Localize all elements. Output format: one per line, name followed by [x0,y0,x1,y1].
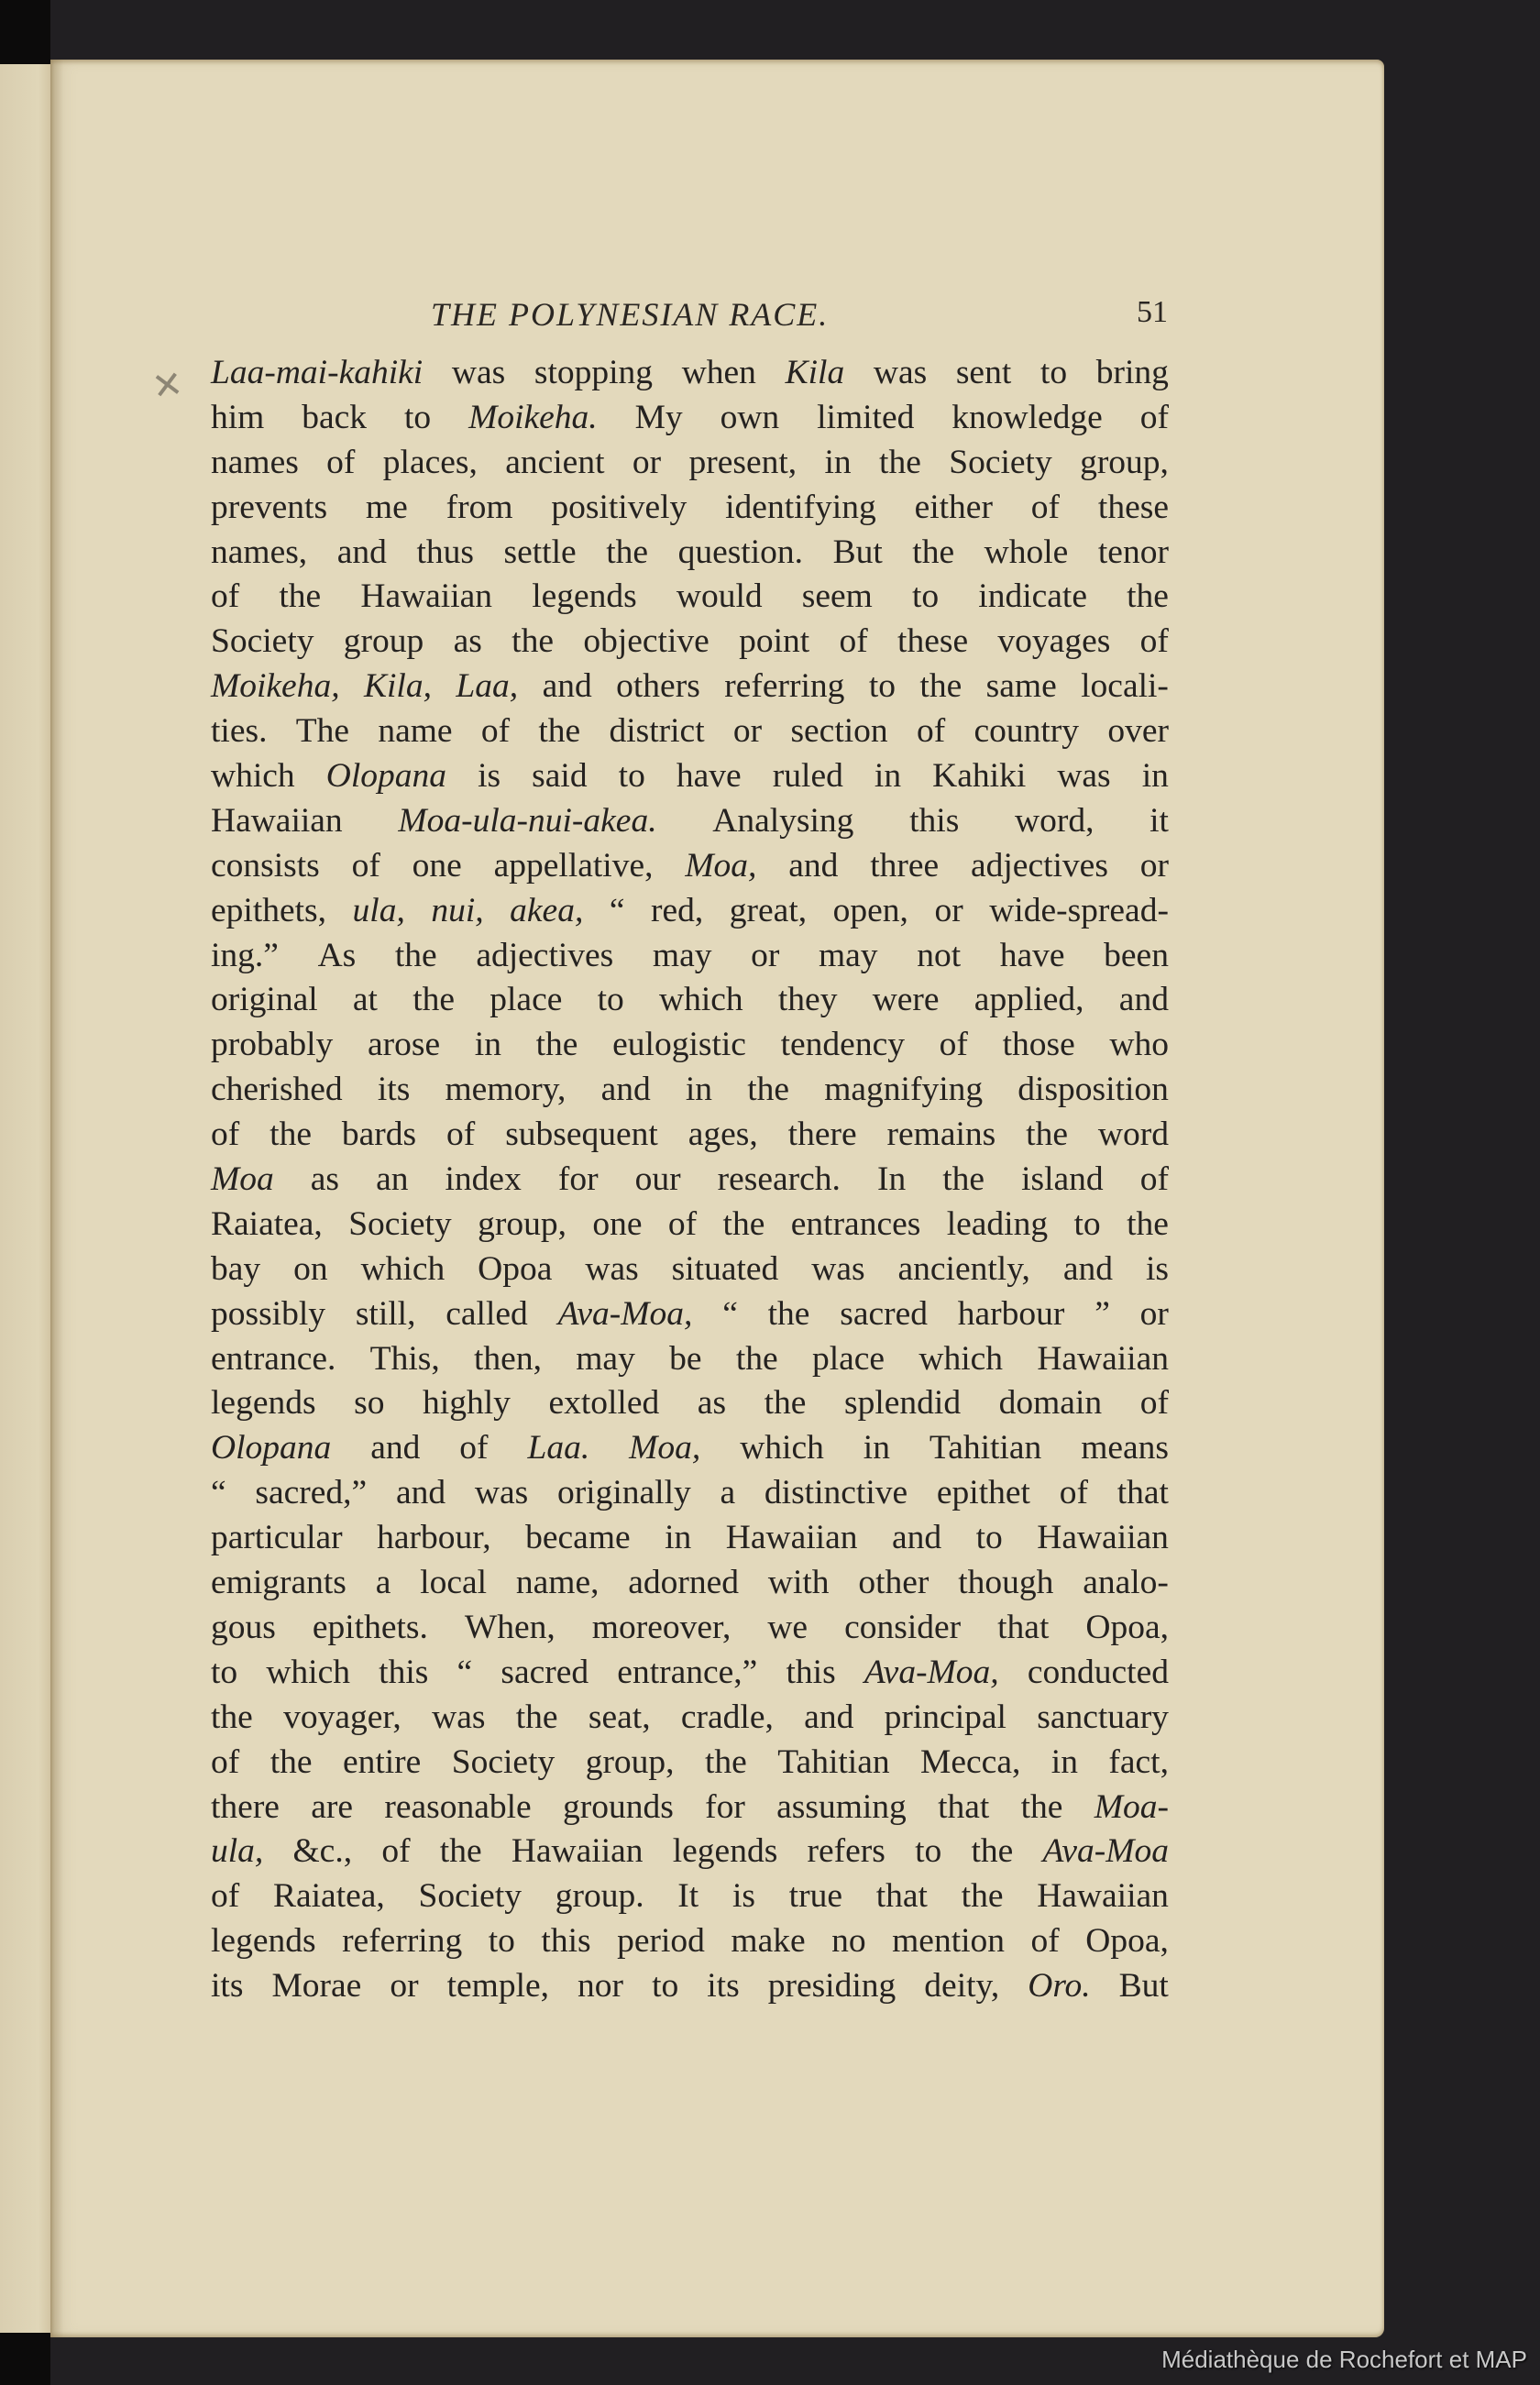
word: Opoa [478,1247,552,1292]
text-line: gousepithets.When,moreover,weconsidertha… [211,1606,1169,1651]
word: be [669,1337,701,1382]
word: sent [956,351,1011,396]
word: When, [465,1606,555,1651]
word: akea, [510,889,583,934]
word: But [1119,1964,1169,2009]
word: the [1026,1113,1068,1158]
word: is [732,1874,755,1919]
word: been [1104,934,1169,979]
word: research. [718,1158,841,1203]
text-line: OlopanaandofLaa.Moa,whichinTahitianmeans [211,1426,1169,1471]
word: word, [1015,799,1094,844]
word: magnifying [824,1068,983,1113]
word: its [211,1964,243,2009]
word: consists [211,844,320,889]
word: originally [557,1471,691,1516]
word: with [768,1561,830,1606]
watermark: Médiathèque de Rochefort et MAP [1161,2346,1527,2374]
word: or [390,1964,418,2009]
word: as [698,1381,726,1426]
word: Moikeha. [468,396,598,441]
word: this [909,799,959,844]
word: of [940,1023,968,1068]
word: was [811,1247,864,1292]
word: probably [211,1023,333,1068]
word: or [733,709,762,754]
word: of [1031,486,1060,531]
word: great, [730,889,807,934]
word: reasonable [384,1786,531,1830]
word: principal [885,1696,1006,1741]
word: adorned [628,1561,739,1606]
word: voyages [997,620,1110,665]
word: Tahitian [929,1426,1041,1471]
word: Ava-Moa [1043,1830,1169,1874]
word: or [934,889,962,934]
word: adjectives [971,844,1108,889]
word: the [971,1830,1013,1874]
word: and [892,1516,941,1561]
word: or [632,441,661,486]
word: sacred [840,1292,928,1337]
text-line: epithets,ula,nui,akea,“red,great,open,or… [211,889,1169,934]
text-line: ofRaiatea,Societygroup.ItistruethattheHa… [211,1874,1169,1919]
word: Raiatea, [211,1203,323,1247]
word: became [525,1516,631,1561]
word: moreover, [592,1606,731,1651]
word: Raiatea, [273,1874,385,1919]
word: was [452,351,505,396]
word: nui, [431,889,483,934]
word: others [616,665,700,709]
word: group. [555,1874,644,1919]
word: ages, [688,1113,758,1158]
word: to [1040,351,1067,396]
word: one [412,844,462,889]
word: to [976,1516,1003,1561]
word: him [211,396,264,441]
word: island [1021,1158,1104,1203]
word: domain [999,1381,1102,1426]
text-line: entrance.This,then,maybetheplacewhichHaw… [211,1337,1169,1382]
word: the [606,531,648,576]
word: local [420,1561,487,1606]
word: presiding [768,1964,896,2009]
word: not [917,934,961,979]
word: the [747,1068,789,1113]
word: of [1060,1471,1088,1516]
word: and [1119,978,1169,1023]
word: the [511,620,554,665]
word: to [211,1651,237,1696]
word: true [789,1874,842,1919]
text-line: namesofplaces,ancientorpresent,intheSoci… [211,441,1169,486]
word: a [720,1471,736,1516]
text-line: possiblystill,calledAva-Moa,“thesacredha… [211,1292,1169,1337]
word: Kila, [364,665,432,709]
word: which [740,1426,824,1471]
word: its [378,1068,410,1113]
word: is [1146,1247,1169,1292]
text-line: himbacktoMoikeha.Myownlimitedknowledgeof [211,396,1169,441]
word: which [266,1651,350,1696]
word: whole [984,531,1069,576]
word: was [585,1247,638,1292]
word: names [211,441,299,486]
word: index [445,1158,522,1203]
text-line: whichOlopanaissaidtohaveruledinKahikiwas… [211,754,1169,799]
word: Society [452,1741,555,1786]
word: seem [802,575,873,620]
word: of [1140,1158,1169,1203]
word: names, [211,531,307,576]
word: gous [211,1606,276,1651]
word: In [877,1158,906,1203]
word: to [489,1919,515,1964]
word: no [831,1919,866,1964]
word: was [432,1696,485,1741]
word: the [1021,1786,1063,1830]
word: there [211,1786,280,1830]
word: tendency [781,1023,905,1068]
word: that [1117,1471,1169,1516]
text-line: oftheHawaiianlegendswouldseemtoindicatet… [211,575,1169,620]
word: distinctive [764,1471,907,1516]
word: seat, [588,1696,651,1741]
word: either [915,486,993,531]
word: legends [211,1381,316,1426]
word: Oro. [1028,1964,1090,2009]
word: of [668,1203,697,1247]
word: from [446,486,513,531]
word: place [489,978,562,1023]
word: of [352,844,380,889]
word: conducted [1028,1651,1169,1696]
word: of [381,1830,410,1874]
text-line: ties.Thenameofthedistrictorsectionofcoun… [211,709,1169,754]
word: the [736,1337,778,1382]
word: which [659,978,743,1023]
word: there [788,1113,857,1158]
word: harbour [958,1292,1065,1337]
word: for [705,1786,745,1830]
word: of [459,1426,488,1471]
word: to [404,396,431,441]
word: arose [368,1023,440,1068]
text-line: towhichthis“sacredentrance,”thisAva-Moa,… [211,1651,1169,1696]
word: places, [383,441,478,486]
word: subsequent [505,1113,658,1158]
word: same [986,665,1057,709]
word: other [858,1561,929,1606]
word: refers [808,1830,885,1874]
text-line: Moikeha,Kila,Laa,andothersreferringtothe… [211,665,1169,709]
word: the [723,1203,765,1247]
text-line: Moaasanindexforourresearch.Intheislandof [211,1158,1169,1203]
word: of [1031,1919,1060,1964]
word: the [919,665,962,709]
word: stopping [534,351,653,396]
word: me [366,486,408,531]
word: Laa. [527,1426,589,1471]
word: eulogistic [612,1023,746,1068]
word: knowledge [951,396,1103,441]
word: disposition [1017,1068,1169,1113]
word: the [912,531,954,576]
word: the [211,1696,253,1741]
word: Kila [786,351,845,396]
word: the [705,1741,747,1786]
word: an [376,1158,408,1203]
word: though [958,1561,1053,1606]
word: objective [583,620,709,665]
word: of [481,709,510,754]
word: country [973,709,1079,754]
word: still, [356,1292,416,1337]
word: section [790,709,887,754]
text-line: cherisheditsmemory,andinthemagnifyingdis… [211,1068,1169,1113]
word: or [1140,1292,1169,1337]
word: we [767,1606,808,1651]
word: grounds [563,1786,674,1830]
word: appellative, [494,844,654,889]
word: in [686,1068,712,1113]
word: “ [211,1471,226,1516]
word: in [874,754,901,799]
word: was [1057,754,1110,799]
page-number: 51 [1137,295,1168,330]
word: sanctuary [1037,1696,1169,1741]
word: in [1142,754,1169,799]
word: open, [833,889,908,934]
word: But [833,531,883,576]
word: of [211,575,239,620]
word: epithets, [211,889,326,934]
word: the [536,1023,578,1068]
word: Hawaiian [360,575,492,620]
word: Hawaiian [726,1516,858,1561]
word: of [211,1874,239,1919]
word: of [917,709,945,754]
word: ula, [353,889,405,934]
word: group, [1080,441,1169,486]
word: epithet [937,1471,1030,1516]
word: Hawaiian [211,799,343,844]
word: were [873,978,940,1023]
word: Moikeha, [211,665,340,709]
word: temple, [447,1964,549,2009]
word: referring [342,1919,462,1964]
word: may [819,934,878,979]
word: to [915,1830,941,1874]
word: situated [672,1247,779,1292]
word: Hawaiian [1037,1516,1169,1561]
word: our [635,1158,681,1203]
word: who [1109,1023,1169,1068]
word: Moa, [685,844,756,889]
word: that [876,1874,928,1919]
gutter-shadow [50,60,63,2337]
word: may [653,934,712,979]
word: epithets. [313,1606,428,1651]
word: to [619,754,645,799]
text-line: legendssohighlyextolledasthesplendiddoma… [211,1381,1169,1426]
word: word [1098,1113,1169,1158]
word: to [652,1964,678,2009]
word: have [676,754,742,799]
word: the [1127,575,1169,620]
word: the [1127,1203,1169,1247]
word: they [778,978,838,1023]
word: legends [673,1830,778,1874]
word: the [270,1741,313,1786]
word: the [412,978,455,1023]
word: of [1140,1381,1169,1426]
word: original [211,978,318,1023]
word: called [445,1292,528,1337]
word: entire [343,1741,421,1786]
word: Analysing [712,799,853,844]
word: fact, [1108,1741,1169,1786]
word: of [326,441,355,486]
word: splendid [844,1381,961,1426]
word: and [337,531,387,576]
word: this [379,1651,428,1696]
word: adjectives [476,934,613,979]
word: bards [342,1113,416,1158]
word: are [311,1786,353,1830]
word: ties. [211,709,267,754]
word: nor [577,1964,623,2009]
word: Hawaiian [1037,1874,1169,1919]
word: ruled [773,754,843,799]
word: assuming [776,1786,907,1830]
word: sacred [500,1651,588,1696]
word: positively [551,486,687,531]
word: name [378,709,452,754]
word: that [997,1606,1049,1651]
word: is [478,754,500,799]
word: deity, [924,1964,999,2009]
word: on [293,1247,328,1292]
word: The [296,709,349,754]
previous-page-edge [0,64,56,2333]
word: question. [678,531,803,576]
word: over [1107,709,1169,754]
word: ula, [211,1830,263,1874]
word: group, [478,1203,566,1247]
word: group [344,620,424,665]
word: cherished [211,1068,343,1113]
word: &c., [293,1830,353,1874]
word: indicate [978,575,1087,620]
word: in [665,1516,691,1561]
word: was [475,1471,528,1516]
word: Ava-Moa, [864,1651,999,1696]
word: in [863,1426,890,1471]
text-line: ula,&c.,oftheHawaiianlegendsreferstotheA… [211,1830,1169,1874]
word: have [1000,934,1065,979]
text-line: Laa-mai-kahikiwasstoppingwhenKilawassent… [211,351,1169,396]
text-line: bayonwhichOpoawassituatedwasanciently,an… [211,1247,1169,1292]
word: memory, [445,1068,566,1113]
word: this [786,1651,835,1696]
word: a [376,1561,391,1606]
word: it [1149,799,1169,844]
word: referring [724,665,844,709]
word: possibly [211,1292,325,1337]
word: one [592,1203,642,1247]
word: and [804,1696,853,1741]
word: leading [947,1203,1048,1247]
word: said [532,754,587,799]
text-line: preventsmefrompositivelyidentifyingeithe… [211,486,1169,531]
word: to [1074,1203,1101,1247]
word: in [825,441,852,486]
word: voyager, [283,1696,401,1741]
running-head: THE POLYNESIAN RACE. [431,295,829,334]
word: Moa, [629,1426,700,1471]
word: Society [949,441,1051,486]
word: Opoa, [1085,1606,1169,1651]
word: the [768,1292,810,1337]
word: name, [516,1561,599,1606]
word: and [601,1068,651,1113]
word: entrance,” [617,1651,757,1696]
word: the [764,1381,807,1426]
word: which [918,1337,1003,1382]
word: extolled [548,1381,659,1426]
word: of [839,620,867,665]
pencil-cross-mark-icon: ✕ [149,363,186,409]
word: Laa-mai-kahiki [211,351,423,396]
word: tenor [1098,531,1169,576]
text-line: Societygroupastheobjectivepointofthesevo… [211,620,1169,665]
word: was [874,351,927,396]
word: “ [610,889,625,934]
word: identifying [725,486,876,531]
word: three [870,844,939,889]
word: settle [504,531,577,576]
word: prevents [211,486,327,531]
word: district [609,709,704,754]
word: the [516,1696,558,1741]
body-text: Laa-mai-kahikiwasstoppingwhenKilawassent… [211,351,1169,2009]
word: applied, [974,978,1084,1023]
word: the [942,1158,984,1203]
word: these [1098,486,1169,531]
word: Mecca, [920,1741,1020,1786]
word: This, [370,1337,440,1382]
text-line: particularharbour,becameinHawaiianandtoH… [211,1516,1169,1561]
word: My [635,396,683,441]
text-line: originalattheplacetowhichtheywereapplied… [211,978,1169,1023]
word: “ [457,1651,473,1696]
word: place [812,1337,885,1382]
word: Moa [211,1158,274,1203]
word: mention [892,1919,1005,1964]
word: bring [1096,351,1169,396]
word: analo- [1083,1561,1169,1606]
text-line: ing.”Astheadjectivesmayormaynothavebeen [211,934,1169,979]
word: ancient [505,441,604,486]
word: Olopana [211,1426,331,1471]
word: “ [722,1292,738,1337]
word: in [475,1023,501,1068]
word: when [682,351,756,396]
word: of [446,1113,475,1158]
word: which [361,1247,445,1292]
